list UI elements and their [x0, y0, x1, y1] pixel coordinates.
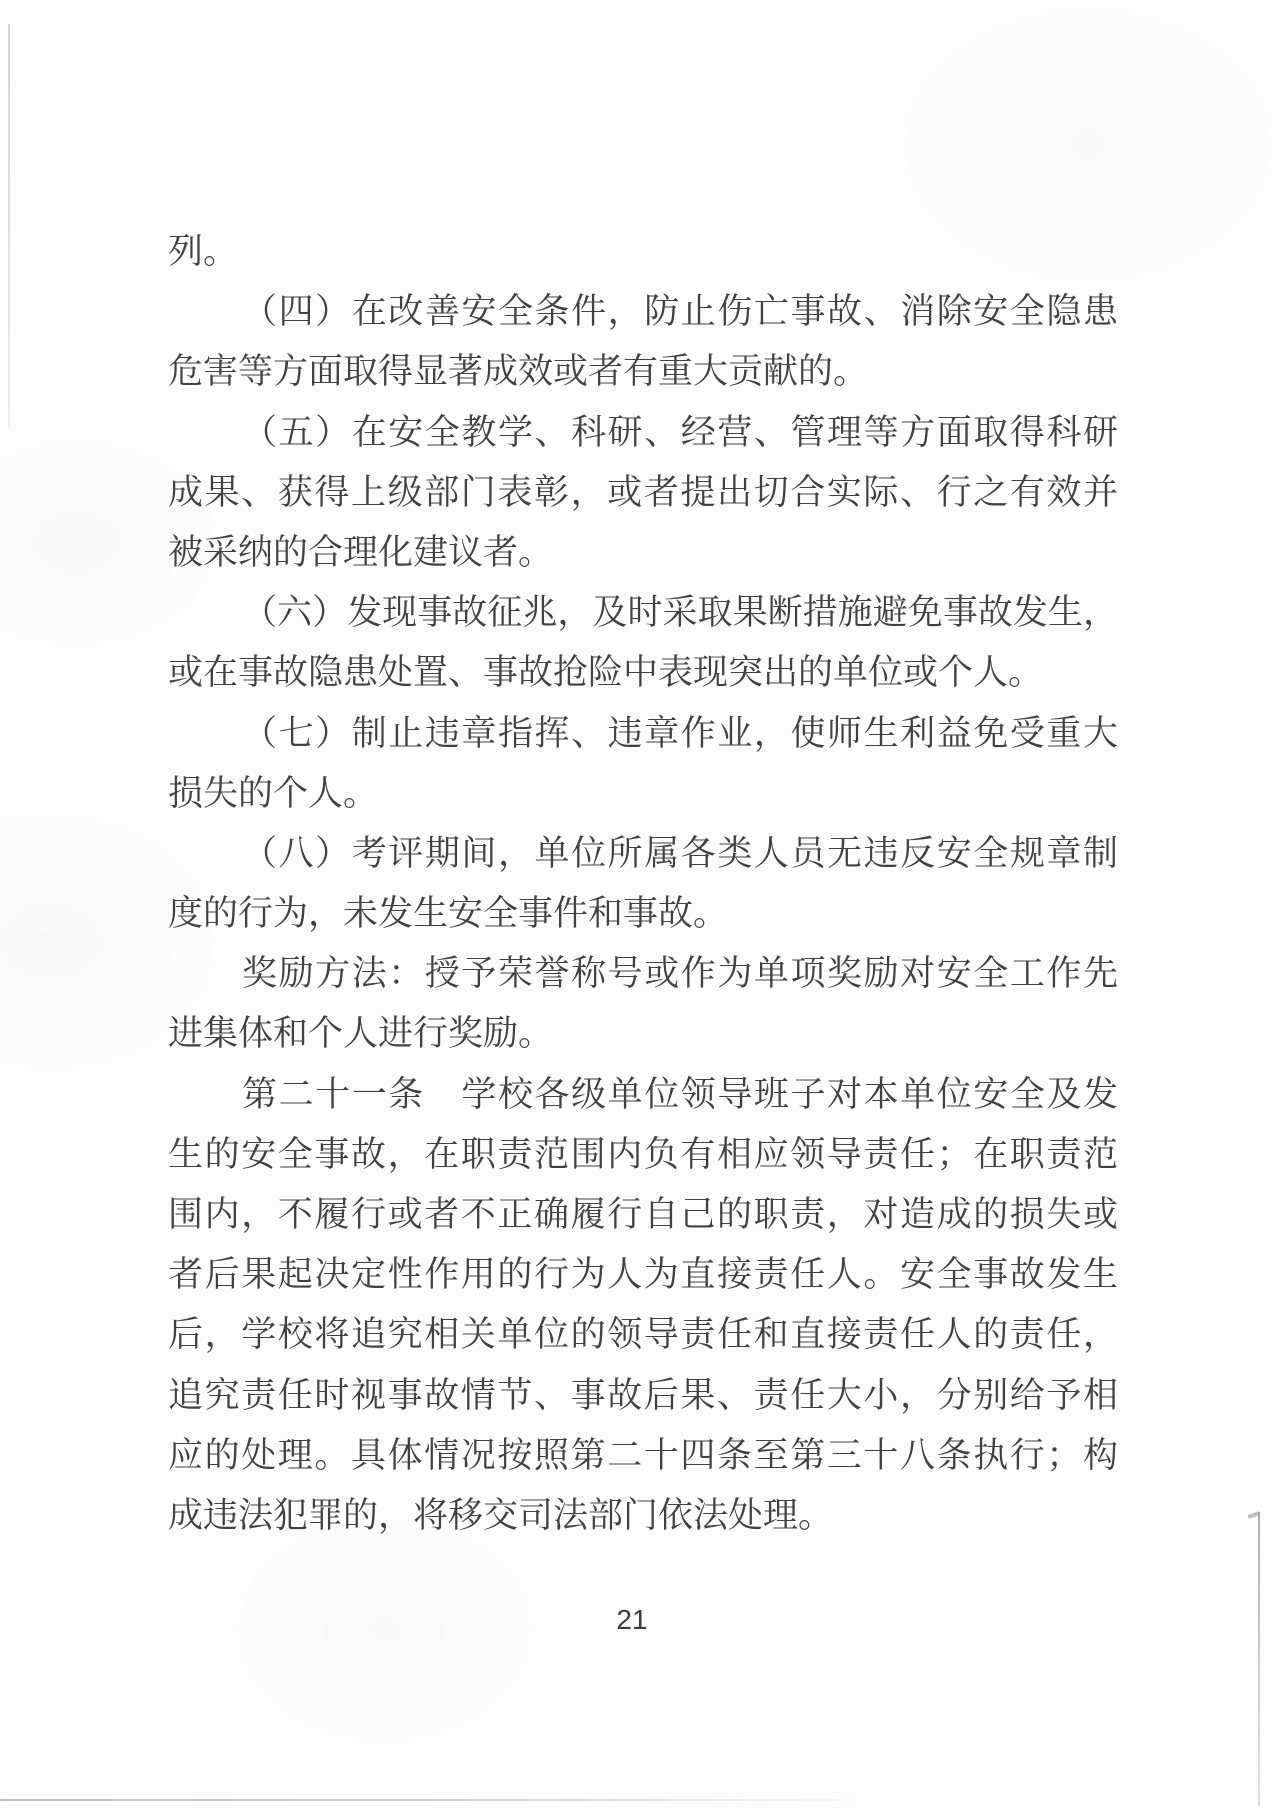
text-line: 列。 [168, 222, 1118, 282]
scan-edge-artifact-bottom [0, 1799, 880, 1801]
scan-page: 列。 （四）在改善安全条件，防止伤亡事故、消除安全隐患 危害等方面取得显著成效或… [0, 0, 1280, 1811]
text-line: （八）考评期间，单位所属各类人员无违反安全规章制 [168, 824, 1118, 884]
scan-edge-artifact-left [8, 24, 10, 428]
text-line: 生的安全事故，在职责范围内负有相应领导责任；在职责范 [168, 1125, 1118, 1185]
text-line: （七）制止违章指挥、违章作业，使师生利益免受重大 [168, 704, 1118, 764]
text-line: 围内，不履行或者不正确履行自己的职责，对造成的损失或 [168, 1185, 1118, 1245]
text-line: 者后果起决定性作用的行为人为直接责任人。安全事故发生 [168, 1245, 1118, 1305]
text-line: 成违法犯罪的，将移交司法部门依法处理。 [168, 1486, 1118, 1546]
text-line: 被采纳的合理化建议者。 [168, 523, 1118, 583]
document-text-block: 列。 （四）在改善安全条件，防止伤亡事故、消除安全隐患 危害等方面取得显著成效或… [168, 222, 1118, 1546]
text-line: 成果、获得上级部门表彰，或者提出切合实际、行之有效并 [168, 463, 1118, 523]
text-line: 应的处理。具体情况按照第二十四条至第三十八条执行；构 [168, 1426, 1118, 1486]
text-line: （六）发现事故征兆，及时采取果断措施避免事故发生， [168, 583, 1118, 643]
text-line: 进集体和个人进行奖励。 [168, 1004, 1118, 1064]
text-line: （五）在安全教学、科研、经营、管理等方面取得科研 [168, 403, 1118, 463]
text-line: 后，学校将追究相关单位的领导责任和直接责任人的责任， [168, 1305, 1118, 1365]
text-line: 损失的个人。 [168, 764, 1118, 824]
text-line: （四）在改善安全条件，防止伤亡事故、消除安全隐患 [168, 282, 1118, 342]
text-line: 第二十一条 学校各级单位领导班子对本单位安全及发 [168, 1065, 1118, 1125]
scan-edge-artifact-right [1258, 1512, 1260, 1806]
page-number: 21 [0, 1604, 1264, 1636]
text-line: 追究责任时视事故情节、事故后果、责任大小，分别给予相 [168, 1366, 1118, 1426]
text-line: 奖励方法：授予荣誉称号或作为单项奖励对安全工作先 [168, 944, 1118, 1004]
text-line: 或在事故隐患处置、事故抢险中表现突出的单位或个人。 [168, 643, 1118, 703]
text-line: 度的行为，未发生安全事件和事故。 [168, 884, 1118, 944]
text-line: 危害等方面取得显著成效或者有重大贡献的。 [168, 342, 1118, 402]
